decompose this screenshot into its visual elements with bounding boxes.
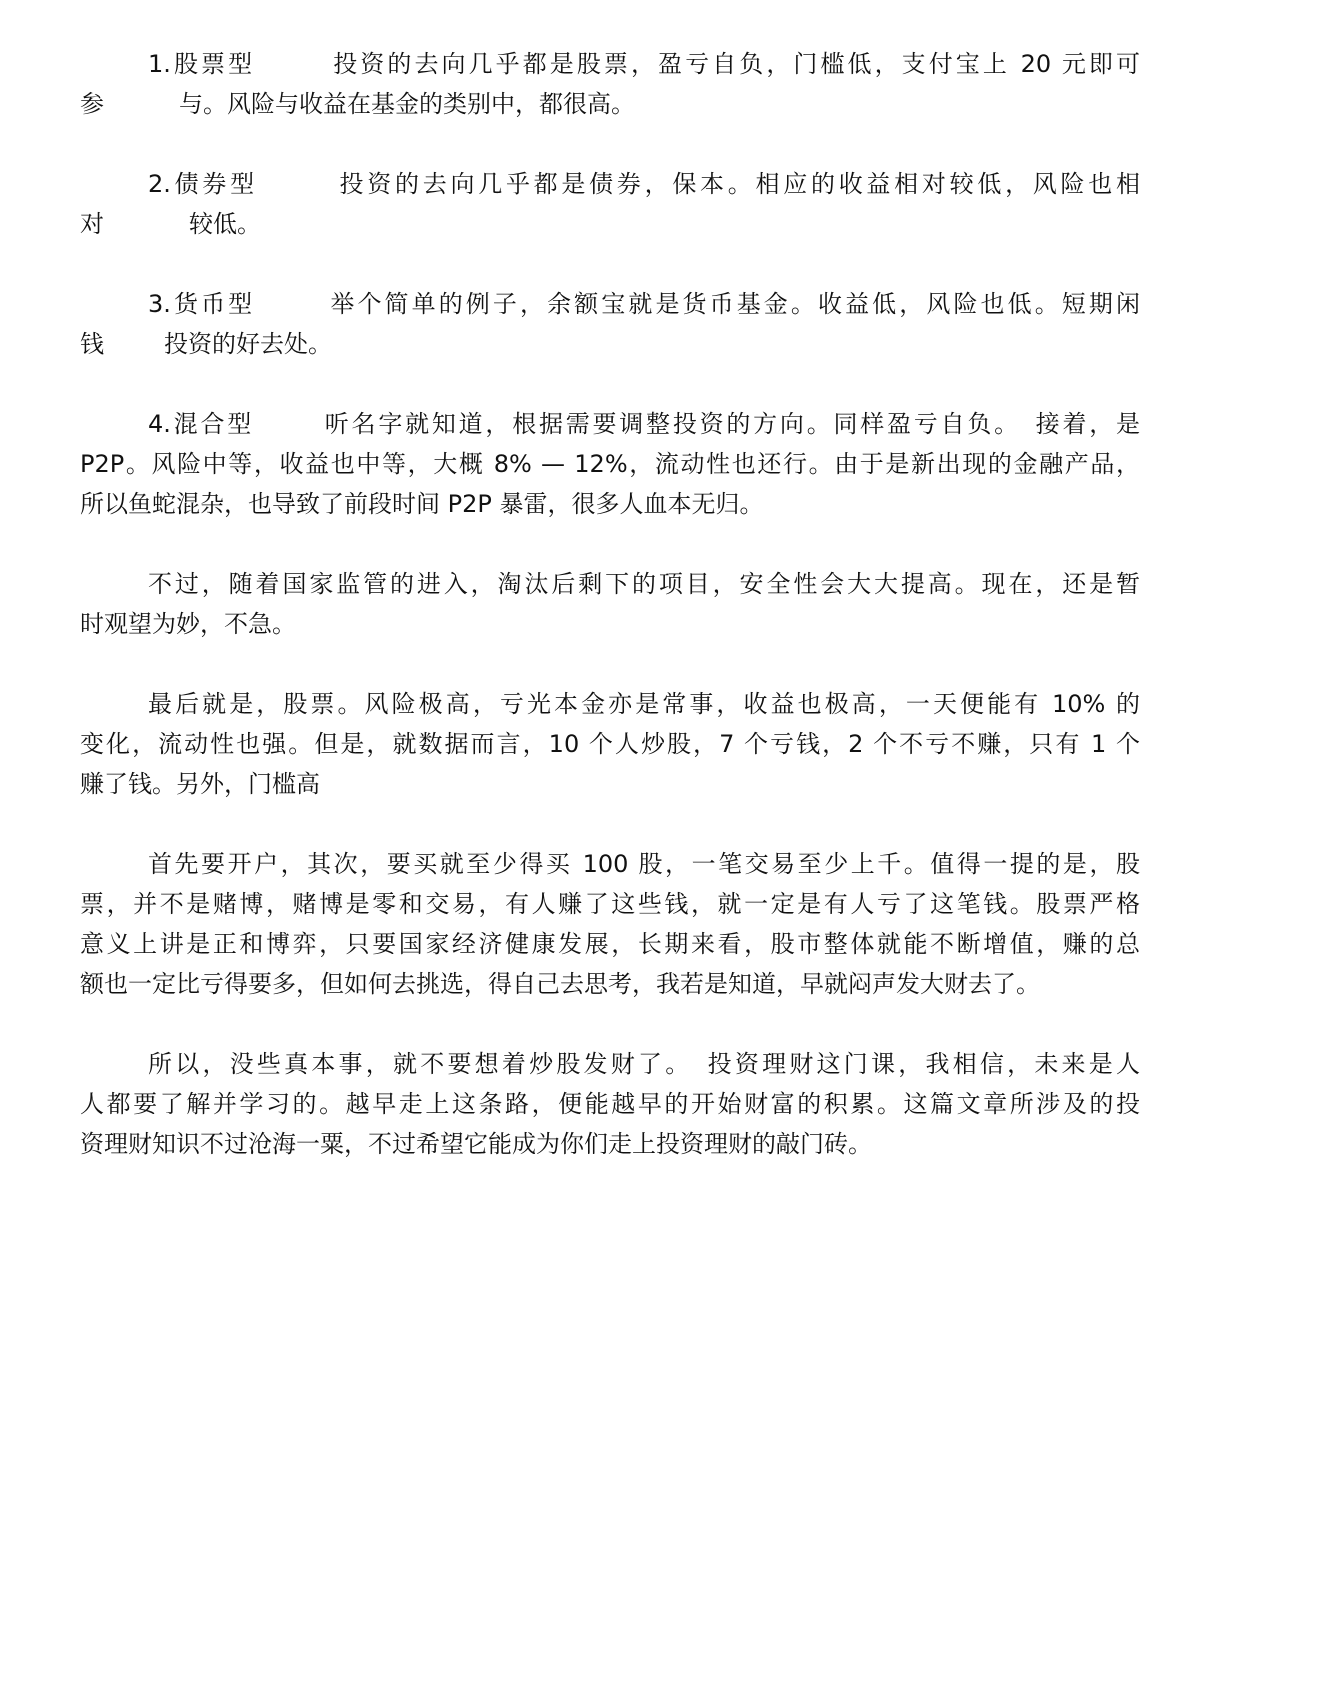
line-heading: 3.货币型	[148, 290, 255, 318]
paragraph: 首先要开户，其次，要买就至少得买 100 股，一笔交易至少上千。值得一提的是，股…	[80, 844, 1140, 1004]
paragraph: 2.债券型投资的去向几乎都是债券，保本。相应的收益相对较低，风险也相对较低。	[80, 164, 1140, 244]
paragraph: 3.货币型举个简单的例子，余额宝就是货币基金。收益低，风险也低。短期闲钱投资的好…	[80, 284, 1140, 364]
text-line: 钱投资的好去处。	[80, 324, 1140, 364]
text-line: 意义上讲是正和博弈，只要国家经济健康发展，长期来看，股市整体就能不断增值，赚的总	[80, 924, 1140, 964]
text-line: 人都要了解并学习的。越早走上这条路，便能越早的开始财富的积累。这篇文章所涉及的投	[80, 1084, 1140, 1124]
line-text: 时观望为妙，不急。	[80, 610, 296, 638]
text-line: P2P。风险中等，收益也中等，大概 8% — 12%，流动性也还行。由于是新出现…	[80, 444, 1140, 484]
line-text: 资理财知识不过沧海一粟，不过希望它能成为你们走上投资理财的敲门砖。	[80, 1130, 872, 1158]
paragraph: 不过，随着国家监管的进入，淘汰后剩下的项目，安全性会大大提高。现在，还是暂时观望…	[80, 564, 1140, 644]
line-text: 举个简单的例子，余额宝就是货币基金。收益低，风险也低。短期闲	[327, 290, 1140, 318]
line-text: 所以，没些真本事，就不要想着炒股发财了。 投资理财这门课，我相信，未来是人	[148, 1050, 1140, 1078]
paragraph: 所以，没些真本事，就不要想着炒股发财了。 投资理财这门课，我相信，未来是人人都要…	[80, 1044, 1140, 1164]
line-text: 额也一定比亏得要多，但如何去挑选，得自己去思考，我若是知道，早就闷声发大财去了。	[80, 970, 1040, 998]
line-text: 与。风险与收益在基金的类别中，都很高。	[179, 90, 635, 118]
text-line: 所以，没些真本事，就不要想着炒股发财了。 投资理财这门课，我相信，未来是人	[80, 1044, 1140, 1084]
text-line: 参与。风险与收益在基金的类别中，都很高。	[80, 84, 1140, 124]
line-heading: 2.债券型	[148, 170, 258, 198]
text-line: 最后就是，股票。风险极高，亏光本金亦是常事，收益也极高，一天便能有 10% 的	[80, 684, 1140, 724]
line-text: 首先要开户，其次，要买就至少得买 100 股，一笔交易至少上千。值得一提的是，股	[148, 850, 1140, 878]
line-heading: 4.混合型	[148, 410, 254, 438]
text-line: 1.股票型投资的去向几乎都是股票，盈亏自负，门槛低，支付宝上 20 元即可	[80, 44, 1140, 84]
line-text: 赚了钱。另外，门槛高	[80, 770, 320, 798]
text-line: 变化，流动性也强。但是，就数据而言，10 个人炒股，7 个亏钱，2 个不亏不赚，…	[80, 724, 1140, 764]
text-line: 所以鱼蛇混杂，也导致了前段时间 P2P 暴雷，很多人血本无归。	[80, 484, 1140, 524]
text-line: 4.混合型听名字就知道，根据需要调整投资的方向。同样盈亏自负。 接着，是	[80, 404, 1140, 444]
line-text: 票，并不是赌博，赌博是零和交易，有人赚了这些钱，就一定是有人亏了这笔钱。股票严格	[80, 890, 1140, 918]
text-line: 时观望为妙，不急。	[80, 604, 1140, 644]
paragraph: 最后就是，股票。风险极高，亏光本金亦是常事，收益也极高，一天便能有 10% 的变…	[80, 684, 1140, 804]
line-text: 较低。	[189, 210, 261, 238]
line-text: 变化，流动性也强。但是，就数据而言，10 个人炒股，7 个亏钱，2 个不亏不赚，…	[80, 730, 1140, 758]
text-line: 3.货币型举个简单的例子，余额宝就是货币基金。收益低，风险也低。短期闲	[80, 284, 1140, 324]
paragraph: 1.股票型投资的去向几乎都是股票，盈亏自负，门槛低，支付宝上 20 元即可参与。…	[80, 44, 1140, 124]
text-line: 赚了钱。另外，门槛高	[80, 764, 1140, 804]
line-text: 意义上讲是正和博弈，只要国家经济健康发展，长期来看，股市整体就能不断增值，赚的总	[80, 930, 1140, 958]
line-text: 听名字就知道，根据需要调整投资的方向。同样盈亏自负。 接着，是	[322, 410, 1140, 438]
text-line: 对较低。	[80, 204, 1140, 244]
line-text: 投资的好去处。	[164, 330, 332, 358]
line-text: 不过，随着国家监管的进入，淘汰后剩下的项目，安全性会大大提高。现在，还是暂	[148, 570, 1140, 598]
text-line: 不过，随着国家监管的进入，淘汰后剩下的项目，安全性会大大提高。现在，还是暂	[80, 564, 1140, 604]
line-heading: 1.股票型	[148, 50, 255, 78]
line-text: 投资的去向几乎都是股票，盈亏自负，门槛低，支付宝上 20 元即可	[330, 50, 1140, 78]
text-line: 资理财知识不过沧海一粟，不过希望它能成为你们走上投资理财的敲门砖。	[80, 1124, 1140, 1164]
document-page: 1.股票型投资的去向几乎都是股票，盈亏自负，门槛低，支付宝上 20 元即可参与。…	[80, 44, 1140, 1204]
line-heading: 对	[80, 210, 104, 238]
line-heading: 钱	[80, 330, 104, 358]
line-text: 最后就是，股票。风险极高，亏光本金亦是常事，收益也极高，一天便能有 10% 的	[148, 690, 1140, 718]
text-line: 2.债券型投资的去向几乎都是债券，保本。相应的收益相对较低，风险也相	[80, 164, 1140, 204]
line-text: 投资的去向几乎都是债券，保本。相应的收益相对较低，风险也相	[336, 170, 1140, 198]
line-text: P2P。风险中等，收益也中等，大概 8% — 12%，流动性也还行。由于是新出现…	[80, 450, 1140, 478]
line-heading: 参	[80, 90, 104, 118]
line-text: 所以鱼蛇混杂，也导致了前段时间 P2P 暴雷，很多人血本无归。	[80, 490, 763, 518]
text-line: 首先要开户，其次，要买就至少得买 100 股，一笔交易至少上千。值得一提的是，股	[80, 844, 1140, 884]
paragraph: 4.混合型听名字就知道，根据需要调整投资的方向。同样盈亏自负。 接着，是P2P。…	[80, 404, 1140, 524]
text-line: 额也一定比亏得要多，但如何去挑选，得自己去思考，我若是知道，早就闷声发大财去了。	[80, 964, 1140, 1004]
text-line: 票，并不是赌博，赌博是零和交易，有人赚了这些钱，就一定是有人亏了这笔钱。股票严格	[80, 884, 1140, 924]
line-text: 人都要了解并学习的。越早走上这条路，便能越早的开始财富的积累。这篇文章所涉及的投	[80, 1090, 1140, 1118]
